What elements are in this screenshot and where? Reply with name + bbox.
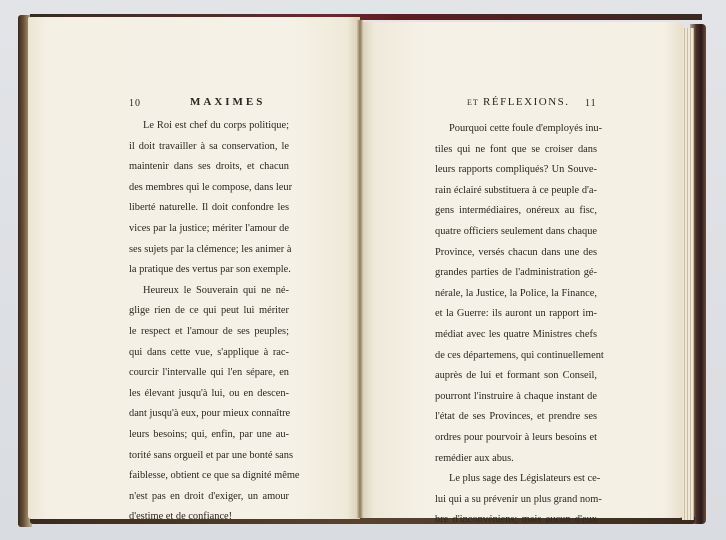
book-gutter [357,20,363,518]
text-line: gens intermédiaires, onéreux au fisc, [435,201,597,222]
text-line: la pratique des vertus par son exemple. [129,260,289,281]
text-line: liberté naturelle. Il doit confondre les [129,198,289,219]
text-line: faiblesse, obtient ce que sa dignité mêm… [129,466,289,487]
text-line: lui qui a su prévenir un plus grand nom- [435,490,597,511]
left-page-number: 10 [129,98,141,109]
text-line: qui dans cette vue, s'applique à rac- [129,343,289,364]
text-line: torité sans orgueil et par une bonté san… [129,446,289,467]
text-line: Pourquoi cette foule d'employés inu- [435,119,597,140]
text-line: nérale, la Justice, la Police, la Financ… [435,284,597,305]
text-line: Heureux le Souverain qui ne né- [129,281,289,302]
text-line: il doit travailler à sa conservation, le [129,137,289,158]
text-line: courcir l'intervalle qui l'en sépare, en [129,363,289,384]
right-page-text: Pourquoi cette foule d'employés inu- til… [435,119,597,531]
text-line: maintenir dans ses droits, et chacun [129,157,289,178]
text-line: ses sujets par la clémence; les animer à [129,240,289,261]
left-running-head: MAXIMES [190,96,265,108]
text-line: bre d'inconvéniens; mais aucun d'eux [435,510,597,531]
text-line: des membres qui le compose, dans leur [129,178,289,199]
text-line: ordres pour pourvoir à leurs besoins et [435,428,597,449]
right-page-number: 11 [585,98,597,109]
text-line: leurs besoins; qui, enfin, par une au- [129,425,289,446]
text-line: Le Roi est chef du corps politique; [129,116,289,137]
text-line: grandes parties de l'administration gé- [435,263,597,284]
page-stack-edges [682,28,694,520]
text-line: d'estime et de confiance! [129,507,289,528]
text-line: médiat avec les quatre Ministres chefs [435,325,597,346]
text-line: pourront l'instruire à chaque instant de [435,387,597,408]
text-line: glige rien de ce qui peut lui mériter [129,301,289,322]
text-line: le respect et l'amour de ses peuples; [129,322,289,343]
text-line: n'est pas en droit d'exiger, un amour [129,487,289,508]
text-line: remédier aux abus. [435,449,597,470]
text-line: les élevant jusqu'à lui, ou en descen- [129,384,289,405]
right-running-head-title: RÉFLEXIONS. [483,96,569,108]
text-line: l'état de ses Provinces, et prendre ses [435,407,597,428]
text-line: leurs rapports compliqués? Un Souve- [435,160,597,181]
text-line: auprès de lui et formant son Conseil, [435,366,597,387]
text-line: dant jusqu'à eux, pour mieux connaître [129,404,289,425]
text-line: de ces départemens, qui continuellement [435,346,597,367]
text-line: tiles qui ne font que se croiser dans [435,140,597,161]
text-line: vices par la justice; mériter l'amour de [129,219,289,240]
text-line: et la Guerre: ils auront un rapport im- [435,304,597,325]
text-line: Le plus sage des Législateurs est ce- [435,469,597,490]
right-running-head: ET RÉFLEXIONS. [467,96,570,108]
right-running-head-prefix: ET [467,98,479,107]
left-page-text: Le Roi est chef du corps politique; il d… [129,116,289,528]
text-line: Province, versés chacun dans une des [435,243,597,264]
text-line: rain éclairé substituera à ce peuple d'a… [435,181,597,202]
text-line: quatre officiers seulement dans chaque [435,222,597,243]
